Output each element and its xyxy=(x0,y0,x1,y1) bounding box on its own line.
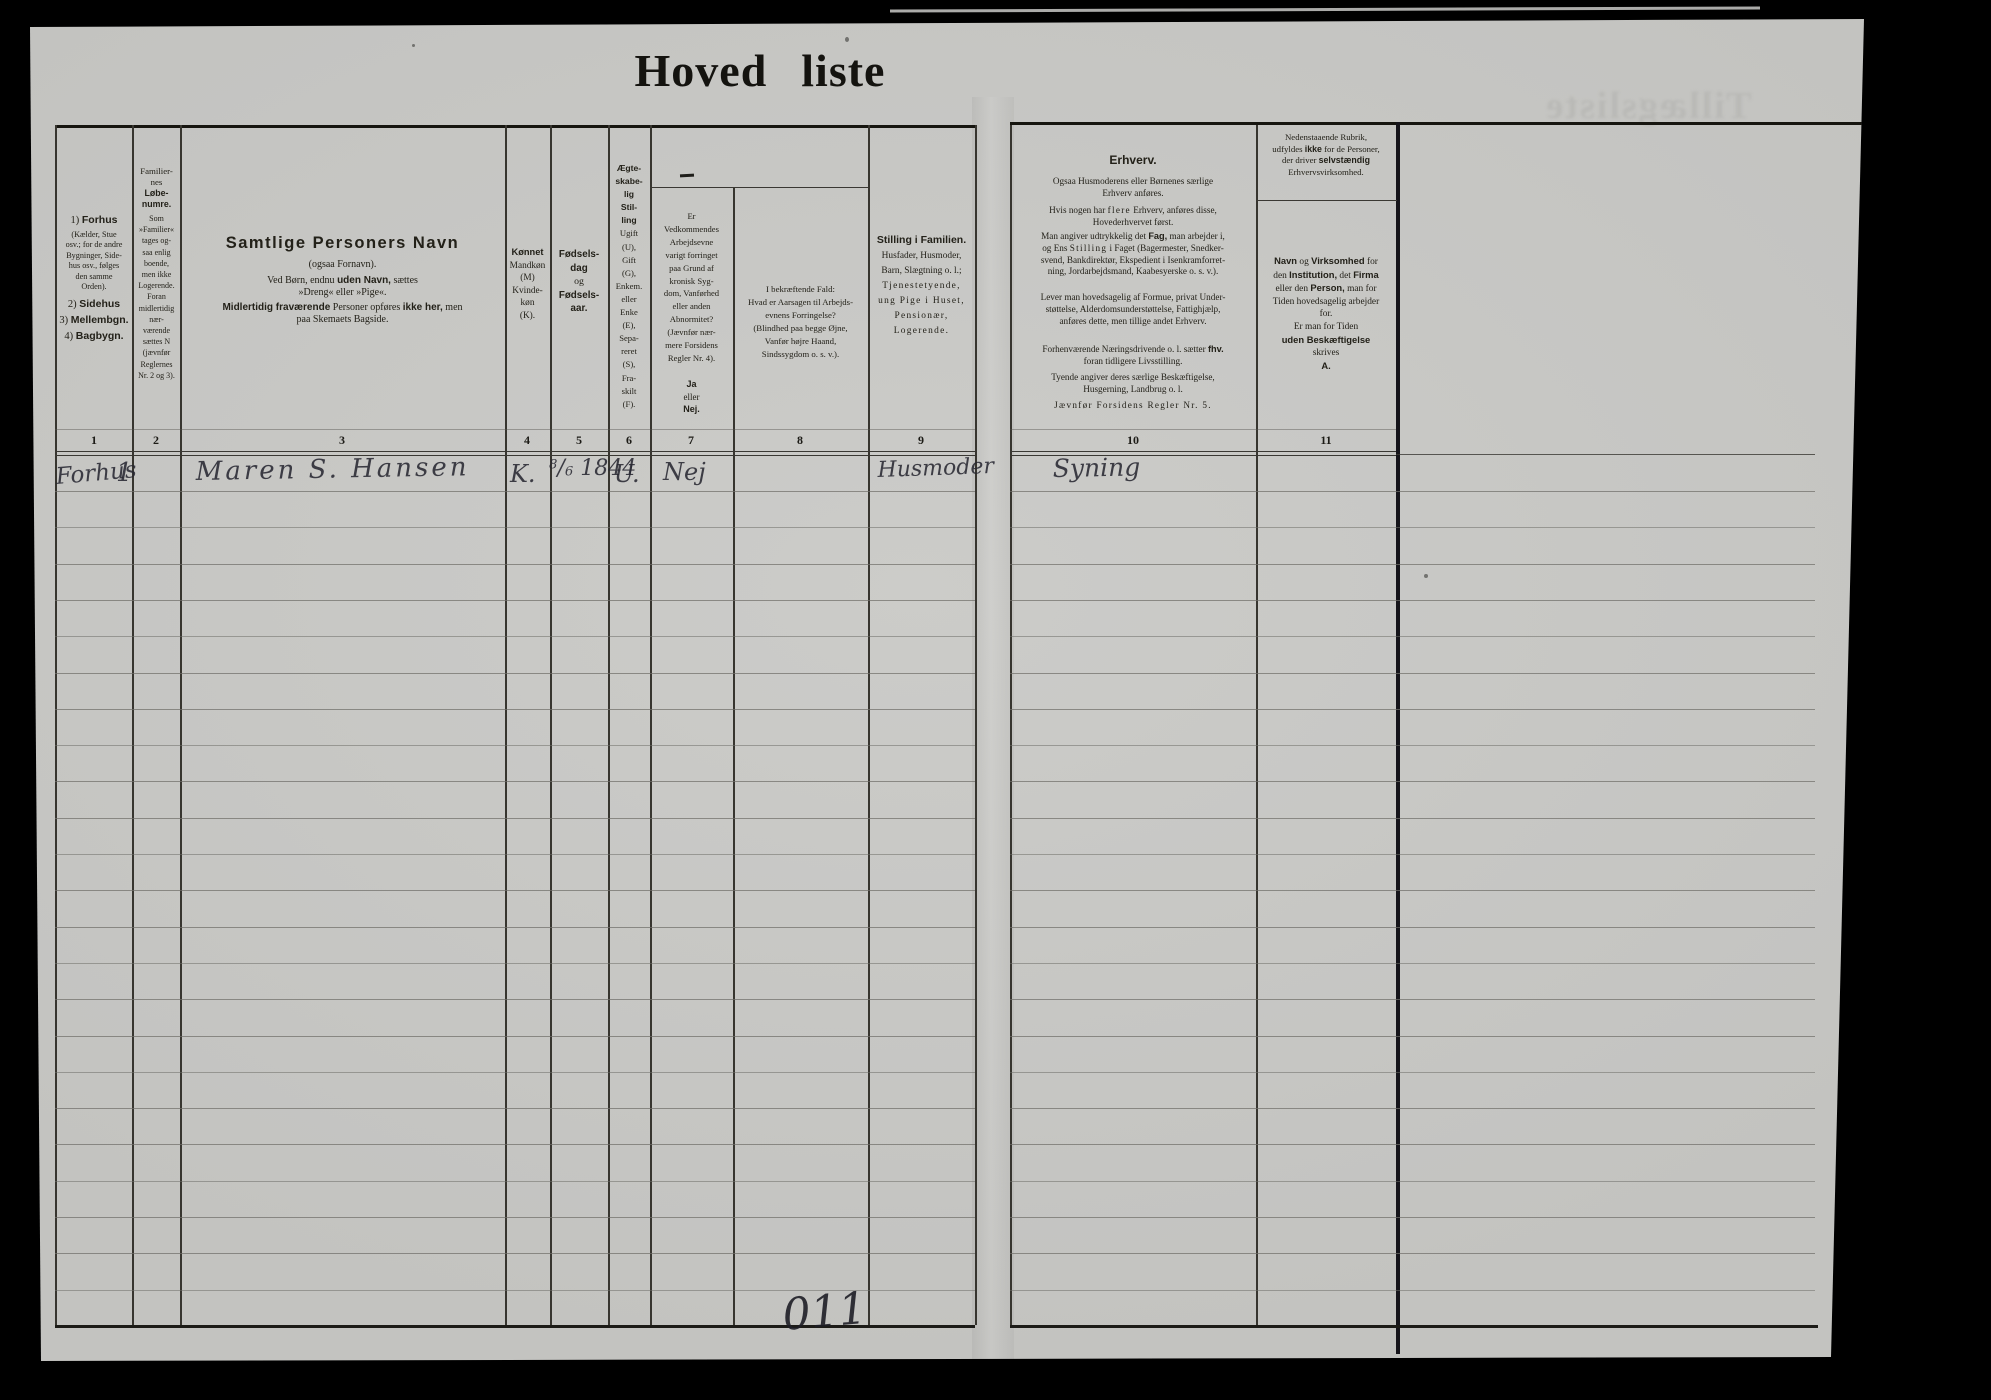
page-title-word1: Hoved xyxy=(635,45,768,96)
col3-subtitle: (ogsaa Fornavn). xyxy=(182,259,503,270)
column-number-3: 3 xyxy=(317,433,367,448)
header-bottom-line1-right xyxy=(1010,451,1396,452)
col1-item-bagbygn: 4) Bagbygn. xyxy=(57,330,131,342)
birth-month: 6 xyxy=(565,465,573,480)
col3-line4: »Dreng« eller »Pige«. xyxy=(182,287,503,298)
handwritten-occupation: Syning xyxy=(1052,452,1140,483)
row-line xyxy=(1010,745,1815,746)
header-col7-work-ability: Er Vedkommendes Arbejdsevne varigt forri… xyxy=(651,210,732,365)
row-line xyxy=(1010,1290,1815,1291)
column-number-4: 4 xyxy=(502,433,552,448)
row-line xyxy=(55,673,975,674)
header-col6-marital-status: Ægte- skabe- lig Stil- ling Ugift (U), G… xyxy=(609,162,649,411)
table-top-rule-right xyxy=(1010,122,1862,125)
row-line xyxy=(55,564,975,565)
col1-item-sidehus: 2) Sidehus xyxy=(57,298,131,310)
header-col10-p5: Forhenværende Næringsdrivende o. l. sætt… xyxy=(1013,344,1253,367)
row-line xyxy=(1010,1253,1815,1254)
row-line xyxy=(1010,1144,1815,1145)
row-line xyxy=(55,890,975,891)
row-line xyxy=(1010,890,1815,891)
row-line xyxy=(1010,491,1815,492)
header-col7-answer: Ja eller Nej. xyxy=(651,378,732,416)
column-number-8: 8 xyxy=(775,433,825,448)
col2-title: Familier- nes Løbe- numre. xyxy=(134,166,179,210)
row-line xyxy=(1010,854,1815,855)
row-line xyxy=(55,1072,975,1073)
row-line xyxy=(1010,1108,1815,1109)
row-line xyxy=(1010,781,1815,782)
handwritten-page-number: 011 xyxy=(781,1283,869,1341)
row-line xyxy=(55,818,975,819)
row-line xyxy=(1010,600,1815,601)
row-line xyxy=(1010,709,1815,710)
handwritten-name: Maren S. Hansen xyxy=(195,452,469,487)
row-line xyxy=(1010,963,1815,964)
header-col10-p2: Hvis nogen har flere Erhverv, anføres di… xyxy=(1013,205,1253,228)
header-bottom-line1-left xyxy=(55,451,975,452)
col3-line5: Midlertidig fraværende Personer opføres … xyxy=(182,302,503,313)
col9-body: Husfader, Husmoder, Barn, Slægtning o. l… xyxy=(869,249,974,339)
column-number-1: 1 xyxy=(69,433,119,448)
handwritten-family-number: 1 xyxy=(116,458,133,488)
page-fold-gutter xyxy=(972,97,1014,1359)
ink-speck xyxy=(1424,574,1428,578)
row-line xyxy=(1010,1036,1815,1037)
birth-slash: / xyxy=(557,456,564,481)
table-bottom-rule-right xyxy=(1010,1325,1818,1328)
page-title-word2: liste xyxy=(801,45,885,96)
row-line xyxy=(1010,1181,1815,1182)
header-col10-p6: Tyende angiver deres særlige Beskæftigel… xyxy=(1013,372,1253,395)
row-line xyxy=(1010,818,1815,819)
scanned-census-document: { "title": {"word1": "Hoved", "word2": "… xyxy=(0,0,1991,1400)
col1-item-mellembgn: 3) Mellembgn. xyxy=(57,314,131,326)
row-line xyxy=(55,491,975,492)
col11-divider xyxy=(1256,200,1397,201)
row-line xyxy=(55,527,975,528)
column-number-11: 11 xyxy=(1301,433,1351,448)
header-col4-sex: Kønnet Mandkøn (M) Kvinde- køn (K). xyxy=(506,246,549,322)
header-col10-title: Erhverv. xyxy=(1013,153,1253,167)
ink-speck xyxy=(412,44,415,47)
row-line xyxy=(55,1108,975,1109)
above-numbers-line-left xyxy=(55,429,975,430)
census-form-page: Hovedliste Tillægsliste 1) Forhus (Kælde… xyxy=(0,0,1991,1400)
handwritten-family-position: Husmoder xyxy=(877,454,994,483)
row-line xyxy=(1010,564,1815,565)
row-line xyxy=(1010,999,1815,1000)
column-number-5: 5 xyxy=(554,433,604,448)
row-line xyxy=(55,854,975,855)
row-line xyxy=(1010,673,1815,674)
ink-dash-mark xyxy=(680,174,694,178)
header-col11-main: Navn og Virksomhed for den Institution, … xyxy=(1258,255,1394,373)
above-numbers-line-right xyxy=(1010,429,1396,430)
row-line xyxy=(55,600,975,601)
row-line xyxy=(55,1217,975,1218)
header-col1-building-type: 1) Forhus (Kælder, Stue osv.; for de and… xyxy=(57,214,131,342)
col2-note: Som »Familier« tages og- saa enlig boend… xyxy=(134,213,179,381)
header-col11-top-note: Nedenstaaende Rubrik, udfyldes ikke for … xyxy=(1258,132,1394,178)
left-section-right-border xyxy=(975,125,977,1325)
row-line xyxy=(55,1144,975,1145)
row-line xyxy=(55,963,975,964)
header-col8-cause: I bekræftende Fald: Hvad er Aarsagen til… xyxy=(734,283,867,361)
span78-divider xyxy=(650,187,868,188)
row-line xyxy=(55,709,975,710)
column-number-10: 10 xyxy=(1108,433,1158,448)
row-line xyxy=(55,1181,975,1182)
row-line xyxy=(55,781,975,782)
row-line xyxy=(55,999,975,1000)
header-col2-family-number: Familier- nes Løbe- numre. Som »Familier… xyxy=(134,166,179,381)
row-line xyxy=(1010,1217,1815,1218)
header-bottom-line-blank-area xyxy=(1396,454,1815,455)
col11-right-thick-border xyxy=(1396,122,1400,1354)
row-line xyxy=(55,1253,975,1254)
row-line xyxy=(55,745,975,746)
column-number-9: 9 xyxy=(896,433,946,448)
header-col10-p1: Ogsaa Husmoderens eller Børnenes særlige… xyxy=(1013,176,1253,199)
column-number-6: 6 xyxy=(604,433,654,448)
row-line xyxy=(1010,927,1815,928)
header-col9-family-position: Stilling i Familien. Husfader, Husmoder,… xyxy=(869,234,974,339)
header-col10-p4: Lever man hovedsagelig af Formue, privat… xyxy=(1013,292,1253,327)
col3-line6: paa Skemaets Bagside. xyxy=(182,314,503,325)
handwritten-marital-status: U. xyxy=(614,460,640,488)
row-line xyxy=(1010,1072,1815,1073)
col3-title: Samtlige Personers Navn xyxy=(182,234,503,253)
column-number-2: 2 xyxy=(131,433,181,448)
row-line xyxy=(55,636,975,637)
page-title: Hovedliste xyxy=(560,44,960,97)
column-number-7: 7 xyxy=(666,433,716,448)
row-line xyxy=(1010,527,1815,528)
col1-item-forhus: 1) Forhus xyxy=(57,214,131,226)
table-top-rule-left xyxy=(55,125,975,128)
row-line xyxy=(55,927,975,928)
ink-speck xyxy=(845,37,849,42)
header-col5-birthdate: Fødsels- dag og Fødsels- aar. xyxy=(551,248,607,316)
col1-note: (Kælder, Stue osv.; for de andre Bygning… xyxy=(57,230,131,292)
col9-title: Stilling i Familien. xyxy=(869,234,974,246)
row-line xyxy=(55,1036,975,1037)
header-col10-p7: Jævnfør Forsidens Regler Nr. 5. xyxy=(1013,400,1253,410)
header-col3-names: Samtlige Personers Navn (ogsaa Fornavn).… xyxy=(182,234,503,325)
row-line xyxy=(1010,636,1815,637)
header-bottom-line2-left xyxy=(55,455,975,456)
handwritten-work-ability: Nej xyxy=(663,458,706,486)
col3-line3: Ved Børn, endnu uden Navn, sættes xyxy=(182,275,503,286)
scan-edge-highlight xyxy=(890,6,1760,12)
header-col10-p3: Man angiver udtrykkelig det Fag, man arb… xyxy=(1013,231,1253,278)
handwritten-sex: K. xyxy=(510,460,536,488)
